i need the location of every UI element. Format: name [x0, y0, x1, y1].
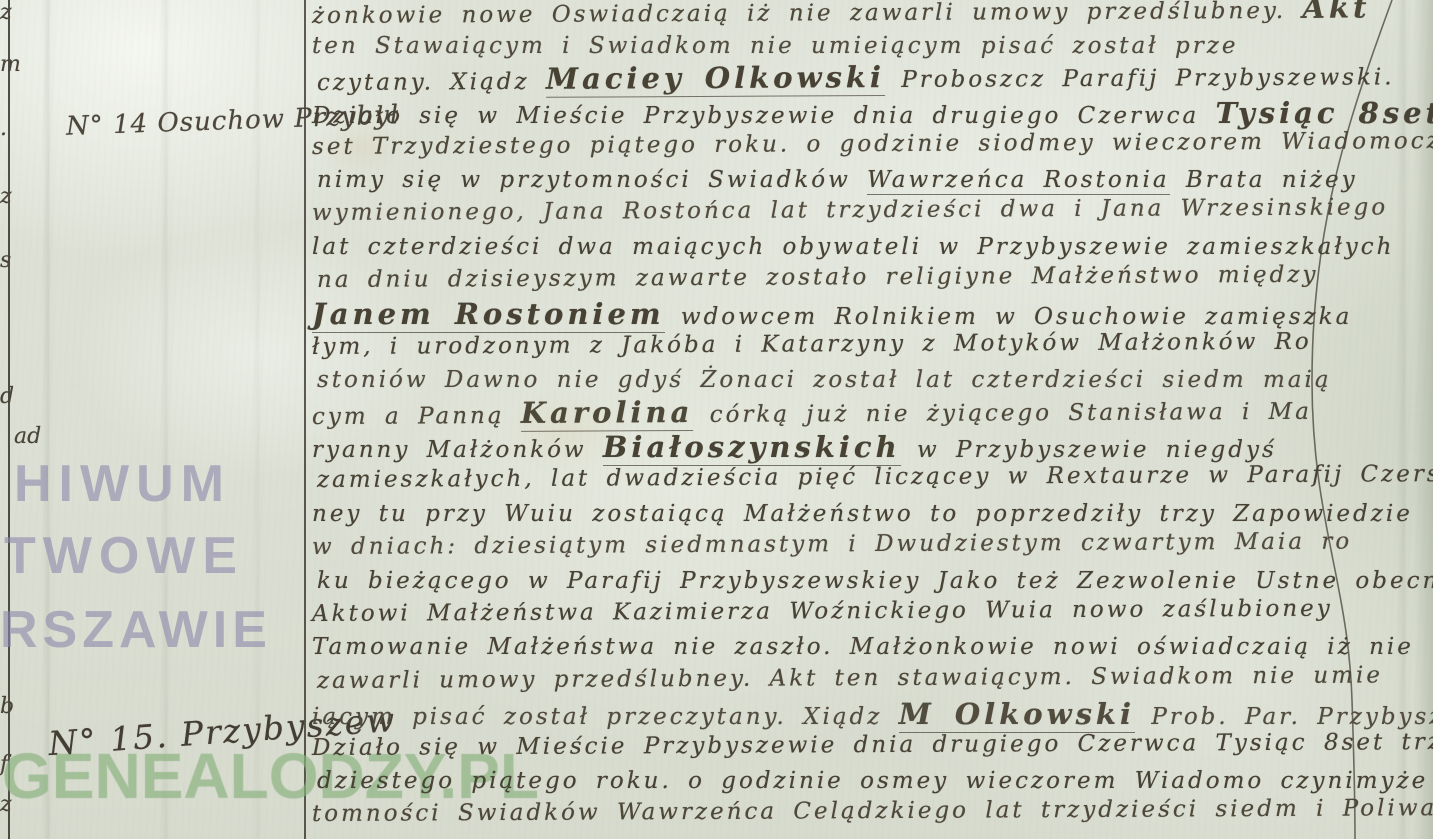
cut-off-script-fragment: .	[0, 116, 7, 141]
script-text: w dniach: dziesiątym siedmnastym i Dwudz…	[312, 529, 1352, 560]
register-text-block: żonkowie nowe Oswiadczaią iż nie zawarli…	[312, 0, 1412, 832]
script-text: Proboszcz Parafij Przybyszewski.	[885, 64, 1395, 93]
script-text: tomności Swiadków Wawrzeńca Celądzkiego …	[312, 795, 1433, 827]
script-text: ten Stawaiącym i Swiadkom nie umieiącym …	[312, 33, 1238, 59]
cut-off-script-fragment: ad	[14, 424, 41, 449]
archive-watermark-line: RSZAWIE	[0, 604, 272, 656]
script-text: żonkowie nowe Oswiadczaią iż nie zawarli…	[312, 0, 1303, 29]
script-text: łym, i urodzonym z Jakóba i Katarzyny z …	[312, 329, 1312, 360]
script-text: dziestego piątego roku. o godzinie osmey…	[317, 768, 1433, 794]
script-text: zawarli umowy przedślubney. Akt ten staw…	[317, 662, 1383, 694]
script-text: nimy się w przytomności Swiadków	[317, 167, 867, 193]
script-text: ney tu przy Wuiu zostaiącą Małżeństwo to…	[312, 501, 1413, 527]
script-text: ku bieżącego w Parafij Przybyszewskiey J…	[317, 568, 1433, 594]
cut-off-script-fragment: m	[0, 52, 21, 77]
manuscript-line: na dniu dzisieyszym zawarte zostało reli…	[317, 258, 1412, 297]
underlined-name: Maciey Olkowski	[546, 60, 885, 98]
script-text: wymienionego, Jana Rostońca lat trzydzie…	[312, 195, 1388, 227]
script-text: Akt	[1302, 0, 1370, 25]
script-text: set Trzydziestego piątego roku. o godzin…	[312, 128, 1433, 160]
manuscript-line: set Trzydziestego piątego roku. o godzin…	[312, 125, 1412, 164]
script-text: ryanny Małżonków	[312, 437, 603, 463]
edge-fragments: zm.zsaddbfz	[0, 0, 46, 839]
manuscript-line: Aktowi Małżeństwa Kazimierza Woźnickiego…	[312, 592, 1412, 631]
script-text: iącym pisać został przeczytany. Xiądz	[312, 704, 899, 730]
script-text: czytany. Xiądz	[317, 69, 546, 96]
paper-fold-line	[42, 0, 56, 839]
manuscript-line: zamieszkałych, lat dwadzieścia pięć licz…	[317, 459, 1412, 498]
script-text: na dniu dzisieyszym zawarte zostało reli…	[317, 262, 1319, 293]
manuscript-line: żonkowie nowe Oswiadczaią iż nie zawarli…	[312, 0, 1412, 30]
manuscript-line: łym, i urodzonym z Jakóba i Katarzyny z …	[312, 325, 1412, 364]
script-text: zamieszkałych, lat dwadzieścia pięć licz…	[317, 461, 1433, 494]
script-text: stoniów Dawno nie gdyś Żonaci został lat…	[317, 367, 1332, 393]
script-text: Tamowanie Małżeństwa nie zaszło. Małżonk…	[312, 634, 1414, 660]
underlined-name: Janem Rostoniem	[312, 297, 665, 333]
script-text: Działo się w Mieście Przybyszewie dnia d…	[312, 103, 1216, 129]
script-text: Aktowi Małżeństwa Kazimierza Woźnickiego…	[312, 596, 1333, 627]
underlined-name: Wawrzeńca Rostonia	[867, 167, 1169, 195]
manuscript-line: czytany. Xiądz Maciey Olkowski Proboszcz…	[317, 58, 1412, 97]
left-ruled-ink-line	[8, 0, 10, 839]
script-text: lat czterdzieści dwa maiących obywateli …	[312, 234, 1395, 260]
archive-watermark-line: TWOWE	[4, 530, 244, 582]
script-text: córką już nie żyiącego Stanisława i Ma	[693, 398, 1312, 427]
underlined-name: Karolina	[521, 395, 694, 432]
manuscript-line: w dniach: dziesiątym siedmnastym i Dwudz…	[312, 525, 1412, 564]
scanned-register-page: HIWUMTWOWERSZAWIE GENEALODZY.PL N° 14 Os…	[0, 0, 1433, 839]
script-text: cym a Panną	[312, 403, 521, 430]
manuscript-line: wymienionego, Jana Rostońca lat trzydzie…	[312, 192, 1412, 231]
cut-off-script-fragment: f	[0, 752, 8, 777]
script-text: Brata niżey	[1170, 167, 1358, 193]
manuscript-line: tomności Swiadków Wawrzeńca Celądzkiego …	[312, 793, 1412, 832]
manuscript-line: zawarli umowy przedślubney. Akt ten staw…	[317, 659, 1412, 698]
manuscript-line: Działo się w Mieście Przybyszewie dnia d…	[312, 726, 1412, 765]
script-text: Działo się w Mieście Przybyszewie dnia d…	[312, 729, 1433, 761]
manuscript-line: cym a Panną Karolina córką już nie żyiąc…	[312, 392, 1412, 431]
